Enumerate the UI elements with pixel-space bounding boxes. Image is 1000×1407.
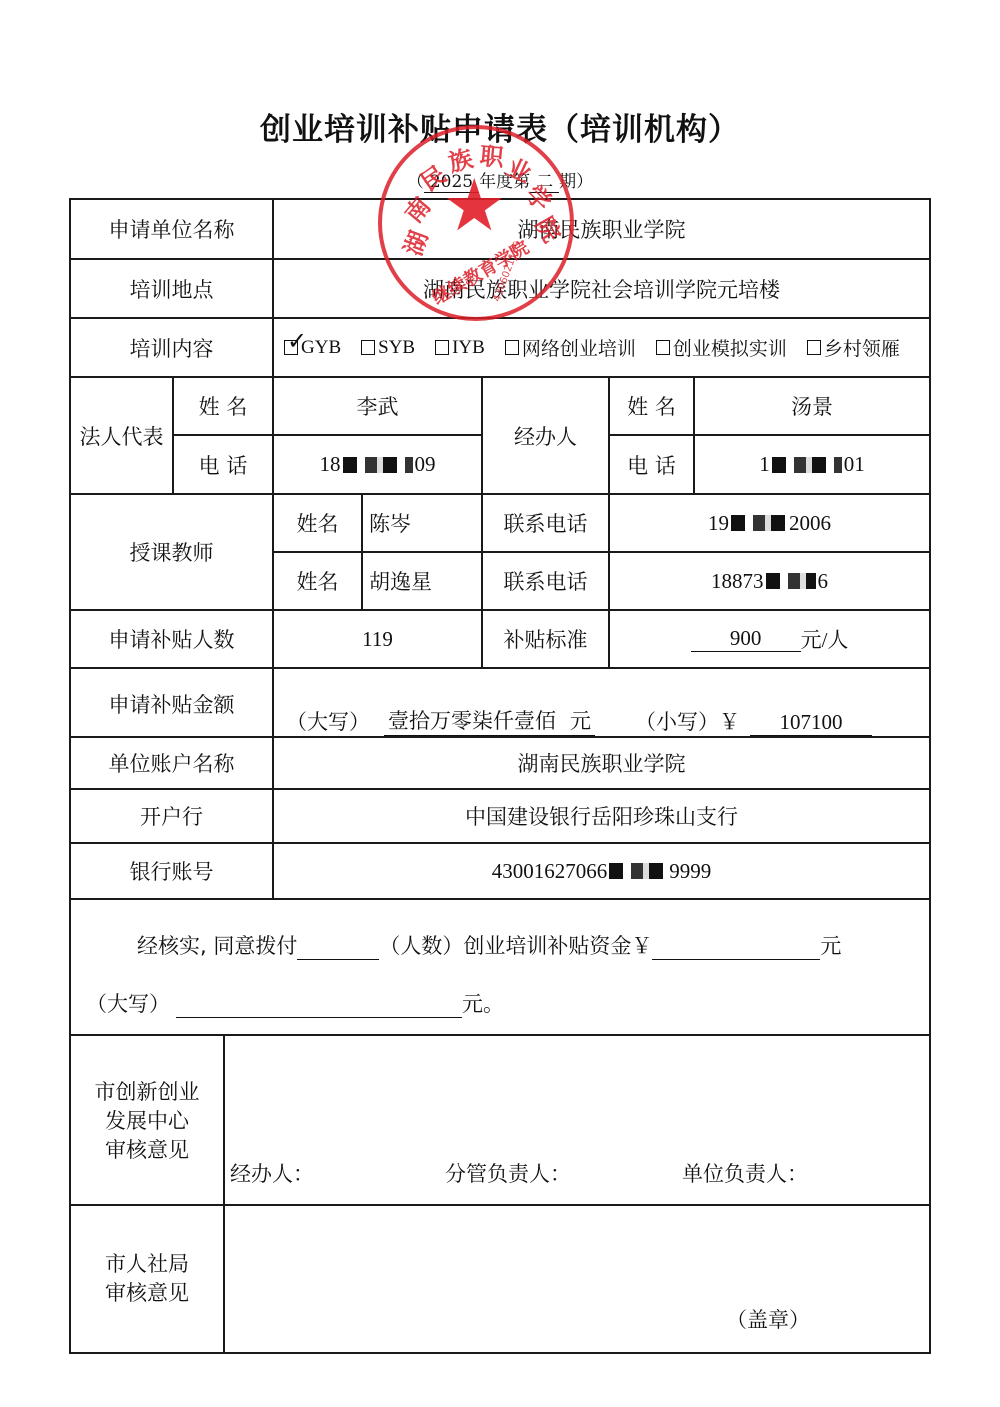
checkbox-online-training[interactable]: 网络创业培训 (505, 334, 636, 361)
count-value[interactable]: 119 (274, 611, 481, 667)
checkbox-icon (361, 340, 375, 355)
location-label: 培训地点 (71, 260, 272, 317)
teacher-2-phone[interactable]: 188736 (610, 553, 929, 609)
legal-rep-phone[interactable]: 1809 (274, 436, 481, 493)
form-title: 创业培训补贴申请表（培训机构） (0, 104, 1000, 149)
redacted-mask (609, 863, 667, 879)
count-label: 申请补贴人数 (71, 611, 272, 667)
amount-label: 申请补贴金额 (71, 669, 272, 736)
teacher-2-name[interactable]: 胡逸星 (363, 553, 481, 609)
verification-line-1: 经核实, 同意拨付（人数）创业培训补贴资金￥元 (137, 930, 841, 960)
amount-value[interactable]: （大写） 壹拾万零柒仟壹佰元 （小写）￥ 107100 (286, 669, 930, 736)
review-center-opinion-area[interactable] (224, 1036, 929, 1204)
form-period: （2025年度第二期） (0, 167, 1000, 192)
handler-label: 经办人 (483, 378, 608, 493)
account-name-label: 单位账户名称 (71, 738, 272, 788)
teacher-1-phone-label: 联系电话 (483, 495, 608, 551)
account-no-label: 银行账号 (71, 844, 272, 898)
review-center-label: 市创新创业 发展中心 审核意见 (71, 1078, 223, 1165)
checkbox-rural-leader[interactable]: 乡村领雁 (807, 334, 900, 361)
handler-name-label: 姓 名 (610, 378, 693, 434)
location-value[interactable]: 湖南民族职业学院社会培训学院元培楼 (274, 260, 929, 317)
headcount-blank[interactable] (297, 939, 379, 960)
table-border-bottom (70, 1352, 931, 1354)
checkbox-icon (656, 340, 670, 355)
checkbox-syb[interactable]: SYB (361, 337, 415, 359)
redacted-mask (731, 515, 787, 531)
applicant-value[interactable]: 湖南民族职业学院 (274, 200, 929, 258)
verification-line-2: （大写）元。 (86, 988, 504, 1018)
amount-lower: 107100 (750, 710, 872, 736)
content-options: ✓GYB SYB IYB 网络创业培训 创业模拟实训 乡村领雁 (284, 319, 929, 376)
handler-phone-label: 电 话 (610, 436, 693, 493)
review-hrss-label: 市人社局 审核意见 (71, 1250, 223, 1308)
checkbox-gyb[interactable]: ✓GYB (284, 337, 341, 359)
checkbox-icon (505, 340, 519, 355)
approved-amount-upper-blank[interactable] (176, 997, 462, 1018)
legal-rep-label: 法人代表 (71, 378, 172, 493)
teacher-1-name[interactable]: 陈岑 (363, 495, 481, 551)
amount-upper: 壹拾万零柒仟壹佰 (388, 709, 556, 733)
handler-name[interactable]: 汤景 (695, 378, 929, 434)
teacher-2-phone-label: 联系电话 (483, 553, 608, 609)
legal-rep-name[interactable]: 李武 (274, 378, 481, 434)
teacher-1-name-label: 姓名 (274, 495, 361, 551)
checkbox-icon (807, 340, 821, 355)
bank-value[interactable]: 中国建设银行岳阳珍珠山支行 (274, 790, 929, 842)
legal-rep-name-label: 姓 名 (174, 378, 272, 434)
review-hrss-opinion-area[interactable] (224, 1206, 929, 1352)
handler-phone[interactable]: 101 (695, 436, 929, 493)
approved-amount-blank[interactable] (652, 939, 820, 960)
row-divider (70, 898, 931, 900)
account-name-value[interactable]: 湖南民族职业学院 (274, 738, 929, 788)
content-label: 培训内容 (71, 319, 272, 376)
teachers-label: 授课教师 (71, 495, 272, 609)
redacted-mask (766, 573, 816, 589)
standard-label: 补贴标准 (483, 611, 608, 667)
applicant-label: 申请单位名称 (71, 200, 272, 258)
teacher-2-name-label: 姓名 (274, 553, 361, 609)
checkbox-checked-icon: ✓ (284, 340, 298, 355)
legal-rep-phone-label: 电 话 (174, 436, 272, 493)
period-year: 2025 (424, 172, 479, 193)
redacted-mask (343, 457, 413, 473)
checkbox-icon (435, 340, 449, 355)
account-no-value[interactable]: 430016270669999 (274, 844, 929, 898)
redacted-mask (772, 457, 842, 473)
period-number: 二 (530, 172, 559, 193)
checkbox-iyb[interactable]: IYB (435, 337, 485, 359)
table-border-right (929, 198, 931, 1354)
standard-value[interactable]: 900元/人 (610, 611, 929, 667)
checkbox-simulation-training[interactable]: 创业模拟实训 (656, 334, 787, 361)
teacher-1-phone[interactable]: 192006 (610, 495, 929, 551)
bank-label: 开户行 (71, 790, 272, 842)
